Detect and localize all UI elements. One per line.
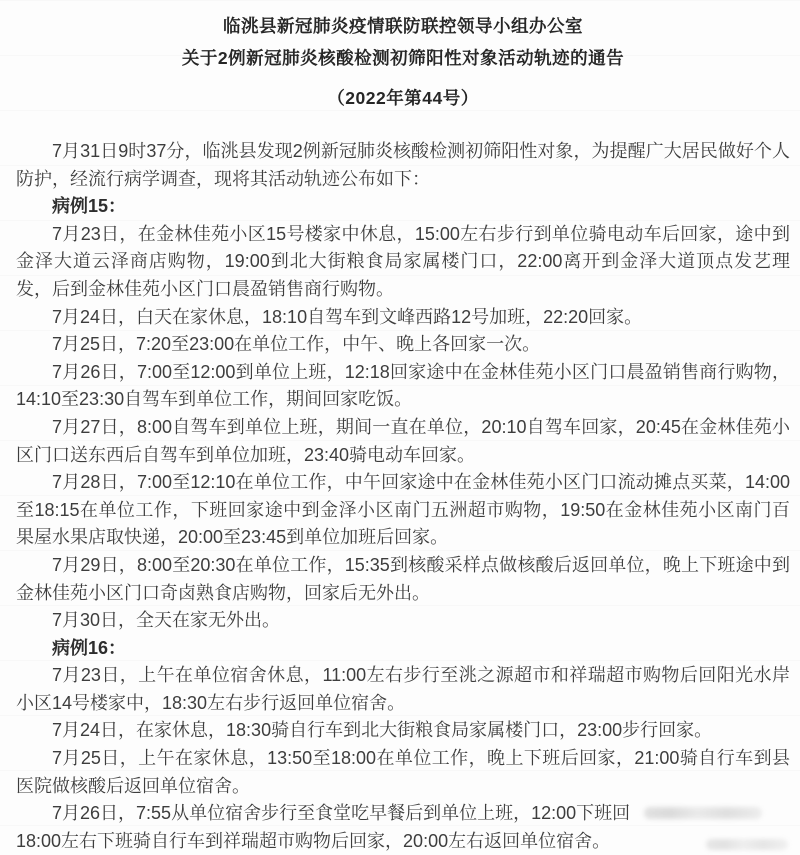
case-15-activity-jul29: 7月29日，8:00至20:30在单位工作，15:35到核酸采样点做核酸后返回单… xyxy=(16,552,790,607)
case-16-activity-jul24: 7月24日，在家休息，18:30骑自行车到北大街粮食局家属楼门口，23:00步行… xyxy=(16,717,790,745)
case-15-activity-jul23: 7月23日，在金林佳苑小区15号楼家中休息，15:00左右步行到单位骑电动车后回… xyxy=(16,221,790,304)
case-15-activity-jul26: 7月26日，7:00至12:00到单位上班，12:18回家途中在金林佳苑小区门口… xyxy=(16,359,790,414)
document-number: （2022年第44号） xyxy=(16,86,790,110)
case-16-jul26-line2: 18:00左右下班骑自行车到祥瑞超市购物后回家，20:00左右返回单位宿舍。 xyxy=(16,831,610,851)
case-16-activity-jul23: 7月23日，上午在单位宿舍休息，11:00左右步行至洮之源超市和祥瑞超市购物后回… xyxy=(16,662,790,717)
document-title: 临洮县新冠肺炎疫情联防联控领导小组办公室 xyxy=(16,14,790,38)
blurred-watermark-icon xyxy=(644,807,762,819)
document-subtitle: 关于2例新冠肺炎核酸检测初筛阳性对象活动轨迹的通告 xyxy=(16,46,790,70)
case-16-jul26-line1: 7月26日，7:55从单位宿舍步行至食堂吃早餐后到单位上班，12:00下班回 xyxy=(52,803,630,823)
case-15-activity-jul25: 7月25日，7:20至23:00在单位工作，中午、晚上各回家一次。 xyxy=(16,331,790,359)
case-15-activity-jul30: 7月30日，全天在家无外出。 xyxy=(16,607,790,635)
document-body: 7月31日9时37分，临洮县发现2例新冠肺炎核酸检测初筛阳性对象，为提醒广大居民… xyxy=(16,138,790,855)
intro-paragraph: 7月31日9时37分，临洮县发现2例新冠肺炎核酸检测初筛阳性对象，为提醒广大居民… xyxy=(16,138,790,193)
case-15-activity-jul27: 7月27日，8:00自驾车到单位上班，期间一直在单位，20:10自驾车回家，20… xyxy=(16,414,790,469)
case-16-heading: 病例16： xyxy=(16,635,790,663)
case-16-activity-jul25: 7月25日，上午在家休息，13:50至18:00在单位工作，晚上下班后回家，21… xyxy=(16,745,790,800)
case-15-activity-jul24: 7月24日，白天在家休息，18:10自驾车到文峰西路12号加班，22:20回家。 xyxy=(16,304,790,332)
case-15-heading: 病例15： xyxy=(16,193,790,221)
case-16-activity-jul26: 7月26日，7:55从单位宿舍步行至食堂吃早餐后到单位上班，12:00下班回 1… xyxy=(16,800,790,855)
notice-document-page: 临洮县新冠肺炎疫情联防联控领导小组办公室 关于2例新冠肺炎核酸检测初筛阳性对象活… xyxy=(0,0,800,855)
case-15-activity-jul28: 7月28日，7:00至12:10在单位工作，中午回家途中在金林佳苑小区门口流动摊… xyxy=(16,469,790,552)
blurred-watermark-icon xyxy=(706,839,788,850)
